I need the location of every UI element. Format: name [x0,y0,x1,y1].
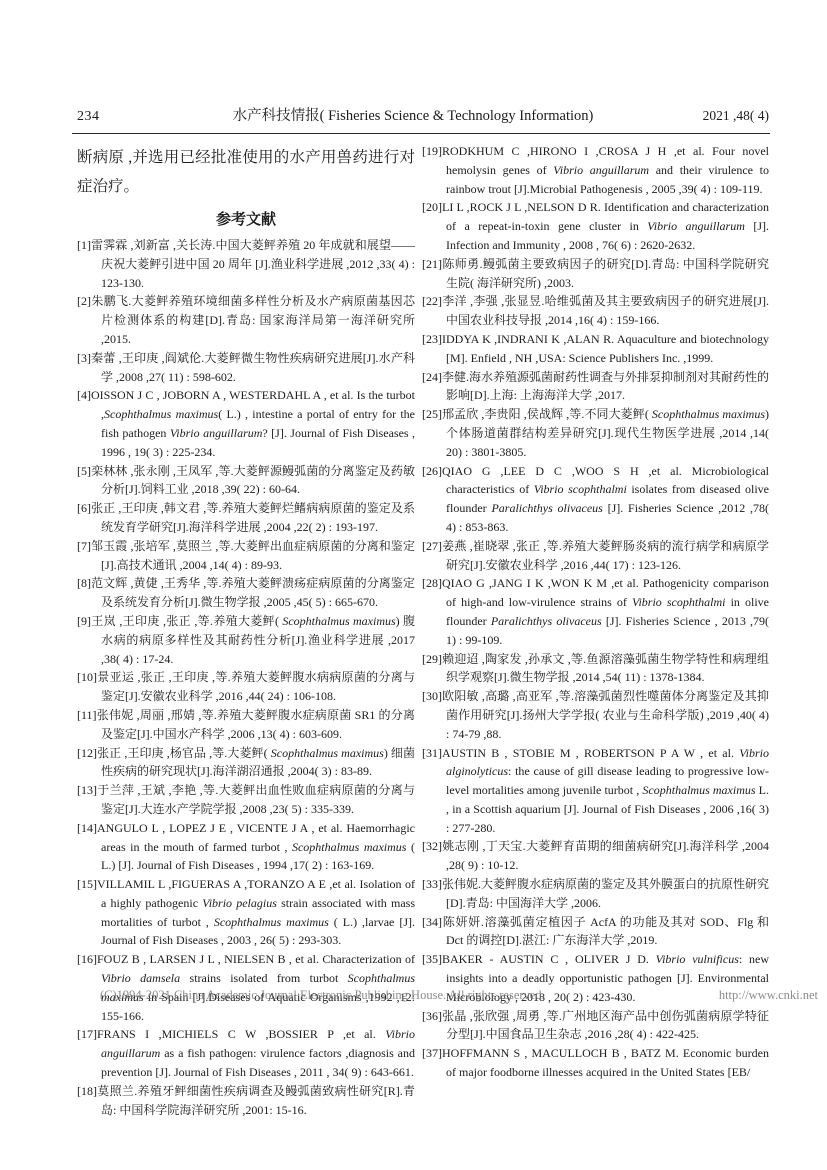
reference-item: [4]OISSON J C , JOBORN A , WESTERDAHL A … [77,386,415,461]
reference-item: [3]秦蕾 ,王印庚 ,阎斌伦.大菱鲆微生物性疾病研究进展[J].水产科学 ,2… [77,349,415,387]
reference-number: [34] [422,915,442,929]
left-column: 断病原 ,并选用已经批准使用的水产用兽药进行对症治疗。 参考文献 [1]雷霁霖 … [77,142,415,1119]
reference-number: [22] [422,294,442,308]
reference-number: [1] [77,238,91,252]
reference-item: [25]邢孟欣 ,李贵阳 ,侯战辉 ,等.不同大菱鲆( Scophthalmus… [422,405,769,461]
reference-number: [12] [77,746,97,760]
reference-item: [21]陈师勇.鳗弧菌主要致病因子的研究[D].青岛: 中国科学院研究生院( 海… [422,255,769,293]
reference-item: [9]王岚 ,王印庚 ,张正 ,等.养殖大菱鲆( Scophthalmus ma… [77,612,415,668]
reference-list-left: [1]雷霁霖 ,刘新富 ,关长涛.中国大菱鲆养殖 20 年成就和展望——庆祝大菱… [77,236,415,1119]
references-heading: 参考文献 [77,208,415,229]
header-divider [72,133,770,134]
reference-number: [4] [77,388,91,402]
reference-item: [6]张正 ,王印庚 ,韩文君 ,等.养殖大菱鲆烂鳍病病原菌的鉴定及系统发育学研… [77,499,415,537]
reference-number: [3] [77,351,91,365]
reference-item: [10]景亚运 ,张正 ,王印庚 ,等.养殖大菱鲆腹水病病原菌的分离与鉴定[J]… [77,668,415,706]
reference-number: [11] [77,708,97,722]
reference-item: [36]张晶 ,张欣强 ,周勇 ,等.广州地区海产品中创伤弧菌病原学特征分型[J… [422,1007,769,1045]
reference-number: [20] [422,200,442,214]
reference-item: [1]雷霁霖 ,刘新富 ,关长涛.中国大菱鲆养殖 20 年成就和展望——庆祝大菱… [77,236,415,292]
reference-number: [30] [422,689,442,703]
reference-number: [36] [422,1009,442,1023]
reference-number: [7] [77,539,91,553]
reference-number: [35] [422,952,442,966]
reference-item: [15]VILLAMIL L ,FIGUERAS A ,TORANZO A E … [77,875,415,950]
reference-number: [28] [422,576,442,590]
reference-item: [17]FRANS I ,MICHIELS C W ,BOSSIER P ,et… [77,1025,415,1081]
reference-number: [31] [422,746,442,760]
reference-item: [18]莫照兰.养殖牙鲆细菌性疾病调查及鳗弧菌致病性研究[R].青岛: 中国科学… [77,1082,415,1120]
reference-item: [29]赖迎迢 ,陶家发 ,孙承文 ,等.鱼源溶藻弧菌生物学特性和病理组织学观察… [422,650,769,688]
reference-number: [24] [422,370,442,384]
reference-item: [34]陈妍妍.溶藻弧菌定植因子 AcfA 的功能及其对 SOD、Flg 和 D… [422,913,769,951]
reference-item: [8]范文辉 ,黄倢 ,王秀华 ,等.养殖大菱鲆溃疡症病原菌的分离鉴定及系统发育… [77,574,415,612]
reference-item: [14]ANGULO L , LOPEZ J E , VICENTE J A ,… [77,819,415,875]
reference-number: [19] [422,144,442,158]
reference-number: [26] [422,464,442,478]
reference-item: [7]邹玉霞 ,张培军 ,莫照兰 ,等.大菱鲆出血症病原菌的分离和鉴定[J].高… [77,537,415,575]
reference-number: [25] [422,407,442,421]
reference-item: [11]张伟妮 ,周丽 ,邢婧 ,等.养殖大菱鲆腹水症病原菌 SR1 的分离及鉴… [77,706,415,744]
reference-number: [27] [422,539,442,553]
reference-number: [23] [422,332,442,346]
reference-number: [17] [77,1027,97,1041]
reference-number: [16] [77,952,97,966]
reference-number: [6] [77,501,91,515]
reference-number: [14] [77,821,97,835]
reference-item: [24]李健.海水养殖源弧菌耐药性调查与外排泵抑制剂对其耐药性的影响[D].上海… [422,368,769,406]
reference-number: [9] [77,614,91,628]
issue-info: 2021 ,48( 4) [659,108,769,124]
reference-item: [22]李洋 ,李强 ,张显昱.哈维弧菌及其主要致病因子的研究进展[J].中国农… [422,292,769,330]
reference-number: [37] [422,1046,442,1060]
reference-item: [33]张伟妮.大菱鲆腹水症病原菌的鉴定及其外膜蛋白的抗原性研究[D].青岛: … [422,875,769,913]
right-column: [19]RODKHUM C ,HIRONO I ,CROSA J H ,et a… [422,142,769,1119]
reference-item: [27]姜燕 ,崔晓翠 ,张正 ,等.养殖大菱鲆肠炎病的流行病学和病原学研究[J… [422,537,769,575]
reference-item: [2]朱鹏飞.大菱鲆养殖环境细菌多样性分析及水产病原菌基因芯片检测体系的构建[D… [77,292,415,348]
reference-item: [35]BAKER - AUSTIN C , OLIVER J D. Vibri… [422,950,769,1006]
reference-number: [10] [77,670,97,684]
reference-list-right: [19]RODKHUM C ,HIRONO I ,CROSA J H ,et a… [422,142,769,1082]
reference-item: [31]AUSTIN B , STOBIE M , ROBERTSON P A … [422,744,769,838]
page-header: 234 水产科技情报( Fisheries Science & Technolo… [77,104,769,125]
reference-item: [28]QIAO G ,JANG I K ,WON K M ,et al. Pa… [422,574,769,649]
reference-item: [13]于兰萍 ,王斌 ,李艳 ,等.大菱鲆出血性败血症病原菌的分离与鉴定[J]… [77,781,415,819]
reference-number: [29] [422,652,442,666]
body-paragraph: 断病原 ,并选用已经批准使用的水产用兽药进行对症治疗。 [77,144,415,201]
reference-item: [37]HOFFMANN S , MACULLOCH B , BATZ M. E… [422,1044,769,1082]
journal-title: 水产科技情报( Fisheries Science & Technology I… [167,104,659,125]
reference-item: [5]栾林林 ,张永刚 ,王凤军 ,等.大菱鲆源鳗弧菌的分离鉴定及药敏分析[J]… [77,462,415,500]
reference-number: [15] [77,877,97,891]
reference-item: [16]FOUZ B , LARSEN J L , NIELSEN B , et… [77,950,415,1025]
reference-item: [26]QIAO G ,LEE D C ,WOO S H ,et al. Mic… [422,462,769,537]
reference-item: [32]姚志刚 ,丁天宝.大菱鲆育苗期的细菌病研究[J].海洋科学 ,2004 … [422,837,769,875]
journal-page: 234 水产科技情报( Fisheries Science & Technolo… [0,0,827,1170]
reference-number: [21] [422,257,442,271]
reference-number: [33] [422,877,442,891]
reference-item: [23]IDDYA K ,INDRANI K ,ALAN R. Aquacult… [422,330,769,368]
reference-item: [19]RODKHUM C ,HIRONO I ,CROSA J H ,et a… [422,142,769,198]
reference-number: [5] [77,464,91,478]
reference-item: [20]LI L ,ROCK J L ,NELSON D R. Identifi… [422,198,769,254]
two-column-content: 断病原 ,并选用已经批准使用的水产用兽药进行对症治疗。 参考文献 [1]雷霁霖 … [77,142,769,1119]
page-number: 234 [77,109,167,125]
reference-number: [2] [77,294,91,308]
reference-number: [32] [422,839,442,853]
reference-item: [12]张正 ,王印庚 ,杨官品 ,等.大菱鲆( Scophthalmus ma… [77,744,415,782]
reference-number: [13] [77,783,97,797]
reference-number: [18] [77,1084,97,1098]
reference-number: [8] [77,576,91,590]
reference-item: [30]欧阳敏 ,高璐 ,高亚军 ,等.溶藻弧菌烈性噬菌体分离鉴定及其抑菌作用研… [422,687,769,743]
